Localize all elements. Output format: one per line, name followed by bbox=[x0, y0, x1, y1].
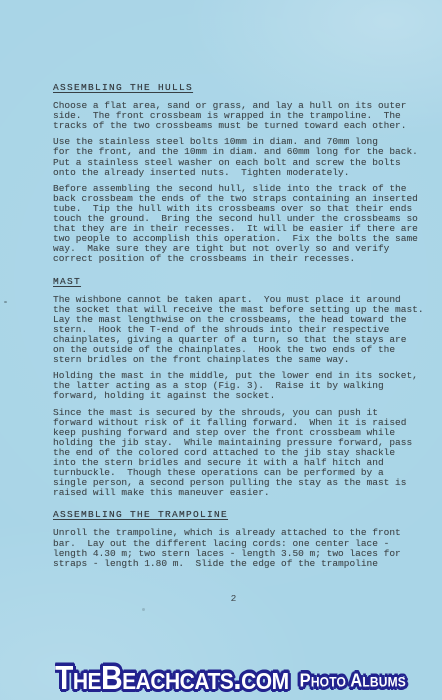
paragraph: Before assembling the second hull, slide… bbox=[53, 184, 428, 265]
watermark: TheBeachcats.com Photo Albums bbox=[55, 654, 442, 700]
paragraph: Choose a flat area, sand or grass, and l… bbox=[53, 101, 428, 131]
paragraph: The wishbone cannot be taken apart. You … bbox=[53, 295, 428, 366]
section-heading: ASSEMBLING THE HULLS bbox=[53, 83, 428, 93]
page-number: 2 bbox=[53, 594, 428, 604]
watermark-site-name: TheBeachcats.com bbox=[55, 657, 289, 700]
section-assembling-the-hulls: ASSEMBLING THE HULLS Choose a flat area,… bbox=[53, 83, 428, 265]
watermark-photo-albums-label: Photo Albums bbox=[300, 662, 406, 700]
page-body: ASSEMBLING THE HULLS Choose a flat area,… bbox=[53, 83, 428, 604]
section-assembling-the-trampoline: ASSEMBLING THE TRAMPOLINE Unroll the tra… bbox=[53, 510, 428, 568]
scan-speck bbox=[4, 301, 7, 303]
paragraph: Holding the mast in the middle, put the … bbox=[53, 371, 428, 401]
paragraph: Use the stainless steel bolts 10mm in di… bbox=[53, 137, 428, 177]
scanned-manual-page: ASSEMBLING THE HULLS Choose a flat area,… bbox=[0, 0, 442, 700]
scan-speck bbox=[142, 608, 145, 611]
paragraph: Since the mast is secured by the shrouds… bbox=[53, 408, 428, 499]
section-mast: MAST The wishbone cannot be taken apart.… bbox=[53, 277, 428, 499]
section-heading: MAST bbox=[53, 277, 428, 287]
section-heading: ASSEMBLING THE TRAMPOLINE bbox=[53, 510, 428, 520]
paragraph: Unroll the trampoline, which is already … bbox=[53, 528, 428, 568]
